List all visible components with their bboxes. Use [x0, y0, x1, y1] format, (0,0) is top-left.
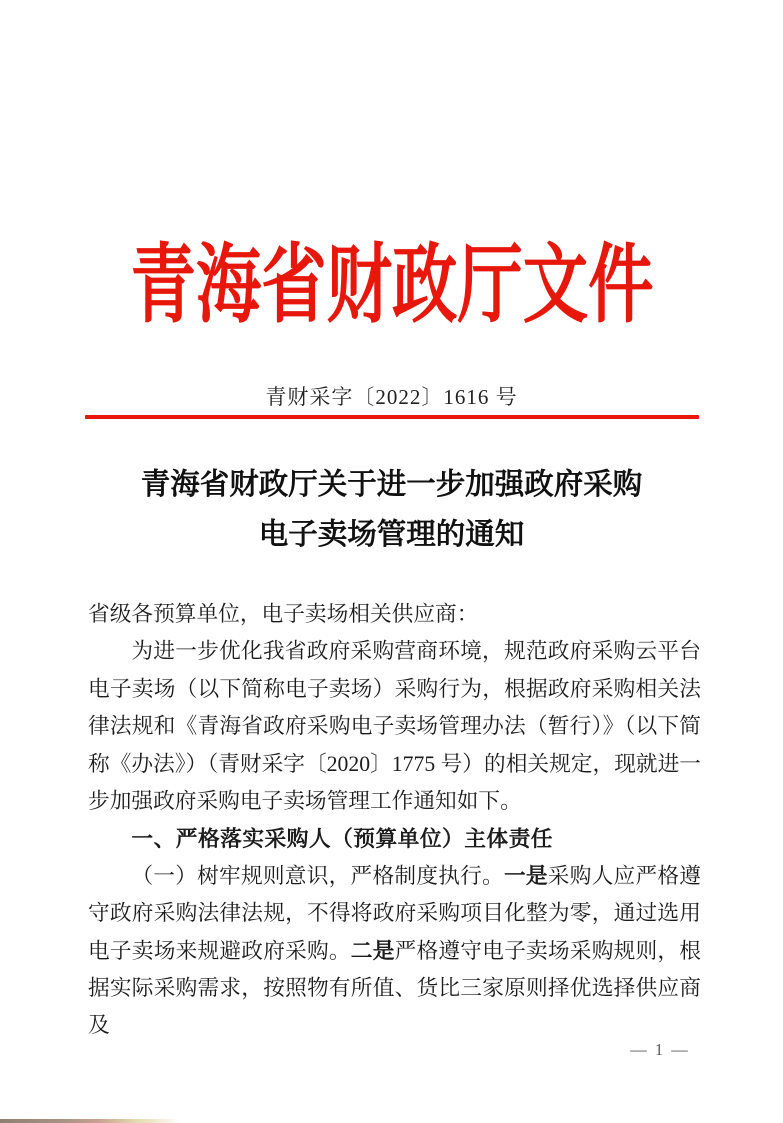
emphasis-text-run: 一是 — [504, 864, 548, 888]
letterhead-org-title: 青海省财政厅文件 — [0, 238, 783, 333]
text-run: （一）树牢规则意识，严格制度执行。 — [131, 864, 504, 888]
document-body: 省级各预算单位，电子卖场相关供应商：为进一步优化我省政府采购营商环境，规范政府采… — [88, 596, 701, 1045]
emphasis-text-run: 一、严格落实采购人（预算单位）主体责任 — [131, 826, 553, 851]
body-paragraph: （一）树牢规则意识，严格制度执行。一是采购人应严格遵守政府采购法律法规，不得将政… — [88, 858, 701, 1045]
scan-edge-artifact — [0, 1119, 180, 1123]
text-run: 为进一步优化我省政府采购营商环境，规范政府采购云平台电子卖场（以下简称电子卖场）… — [88, 639, 701, 813]
letterhead-org-title-text: 青海省财政厅文件 — [130, 238, 653, 333]
body-paragraph: 省级各预算单位，电子卖场相关供应商： — [88, 596, 701, 633]
emphasis-text-run: 二是 — [351, 939, 395, 963]
page-number: — 1 — — [600, 1040, 720, 1060]
letterhead-separator-rule — [85, 415, 699, 419]
body-paragraph: 为进一步优化我省政府采购营商环境，规范政府采购云平台电子卖场（以下简称电子卖场）… — [88, 633, 701, 820]
document-reference-number: 青财采字〔2022〕1616 号 — [0, 381, 783, 411]
notice-title: 青海省财政厅关于进一步加强政府采购 电子卖场管理的通知 — [0, 460, 783, 560]
document-page: 青海省财政厅文件 青财采字〔2022〕1616 号 青海省财政厅关于进一步加强政… — [0, 0, 783, 1123]
notice-title-line1: 青海省财政厅关于进一步加强政府采购 — [0, 460, 783, 510]
notice-title-line2: 电子卖场管理的通知 — [0, 510, 783, 560]
section-heading: 一、严格落实采购人（预算单位）主体责任 — [88, 820, 701, 857]
text-run: 省级各预算单位，电子卖场相关供应商： — [88, 602, 478, 626]
